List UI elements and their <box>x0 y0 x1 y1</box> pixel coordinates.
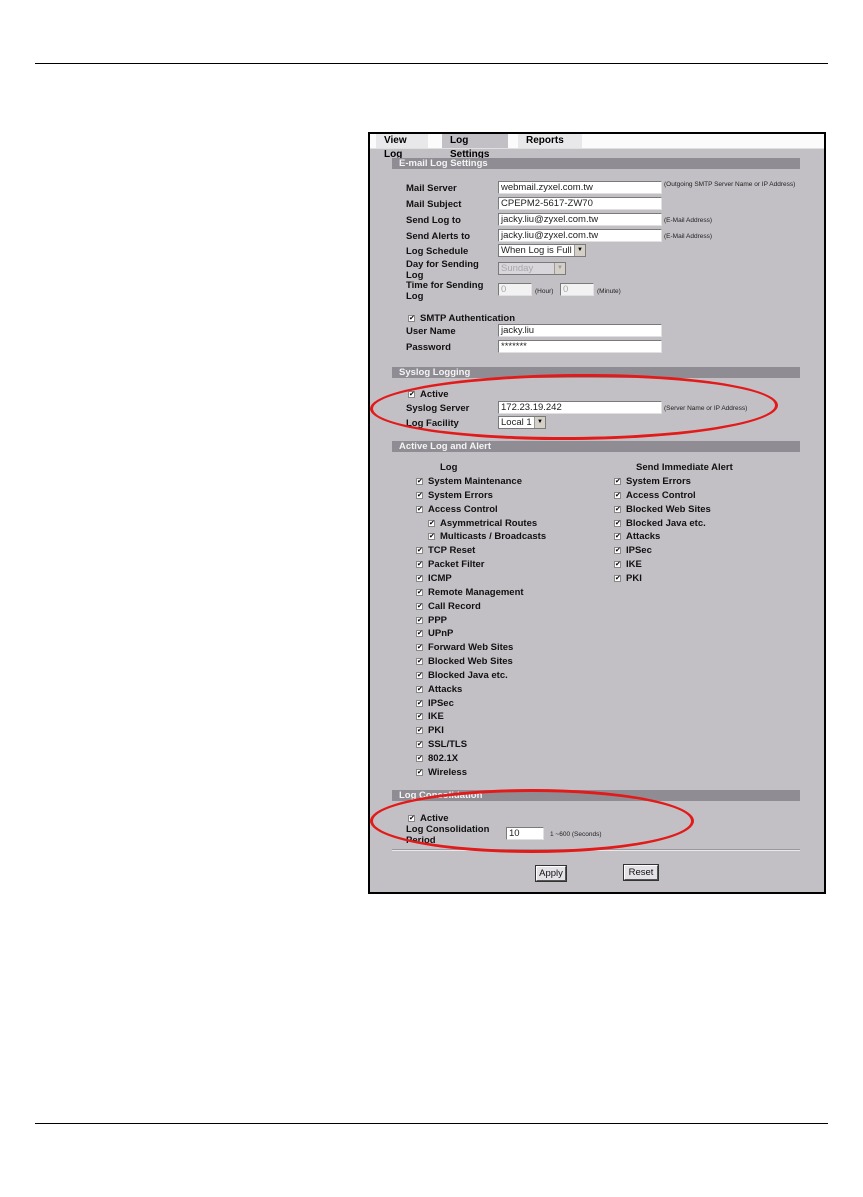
log-facility-label: Log Facility <box>406 418 459 429</box>
checkbox-icon: ✔ <box>416 672 423 679</box>
consolidation-active-label: Active <box>420 813 449 824</box>
hour-unit: (Hour) <box>535 288 553 296</box>
checkbox-icon: ✔ <box>408 315 415 322</box>
checkbox-icon: ✔ <box>614 506 621 513</box>
alert-item-label: Attacks <box>626 531 660 542</box>
syslog-active-label: Active <box>420 389 449 400</box>
chevron-down-icon: ▼ <box>574 245 585 256</box>
checkbox-icon: ✔ <box>408 391 415 398</box>
consolidation-period-label-line2: Period <box>406 835 489 846</box>
time-for-sending-label: Time for Sending Log <box>406 280 483 302</box>
checkbox-icon: ✔ <box>416 603 423 610</box>
password-label: Password <box>406 342 451 353</box>
log-item-label: Blocked Java etc. <box>428 670 508 681</box>
alert-item-label: Blocked Web Sites <box>626 504 711 515</box>
send-alerts-to-label: Send Alerts to <box>406 231 470 242</box>
tab-view-log[interactable]: View Log <box>376 134 428 148</box>
log-item-label: Call Record <box>428 601 481 612</box>
alert-item-label: Access Control <box>626 490 696 501</box>
minute-input[interactable]: 0 <box>560 283 594 296</box>
alert-item-label: System Errors <box>626 476 691 487</box>
checkbox-icon: ✔ <box>614 492 621 499</box>
day-for-sending-select[interactable]: Sunday ▼ <box>498 262 566 275</box>
log-item-label: Multicasts / Broadcasts <box>440 531 546 542</box>
checkbox-icon: ✔ <box>416 589 423 596</box>
time-for-sending-label-line1: Time for Sending <box>406 280 483 291</box>
log-item-label: UPnP <box>428 628 453 639</box>
log-item-label: 802.1X <box>428 753 458 764</box>
checkbox-icon: ✔ <box>428 533 435 540</box>
day-for-sending-label-line1: Day for Sending <box>406 259 479 270</box>
checkbox-icon: ✔ <box>416 547 423 554</box>
active-log-section-header: Active Log and Alert <box>392 441 800 452</box>
day-for-sending-label: Day for Sending Log <box>406 259 479 281</box>
mail-server-label: Mail Server <box>406 183 457 194</box>
log-item-label: IKE <box>428 711 444 722</box>
chevron-down-icon: ▼ <box>554 263 565 274</box>
send-log-to-note: (E-Mail Address) <box>664 217 712 225</box>
log-item-label: System Maintenance <box>428 476 522 487</box>
log-item-label: Forward Web Sites <box>428 642 513 653</box>
log-settings-window: View Log Log Settings Reports E-mail Log… <box>368 132 826 894</box>
checkbox-icon: ✔ <box>416 506 423 513</box>
user-name-label: User Name <box>406 326 456 337</box>
checkbox-icon: ✔ <box>416 492 423 499</box>
log-item-label: Access Control <box>428 504 498 515</box>
checkbox-icon: ✔ <box>614 561 621 568</box>
log-schedule-select[interactable]: When Log is Full ▼ <box>498 244 586 257</box>
send-alerts-to-input[interactable]: jacky.liu@zyxel.com.tw <box>498 229 662 242</box>
syslog-server-label: Syslog Server <box>406 403 469 414</box>
checkbox-icon: ✔ <box>416 769 423 776</box>
page-header-rule <box>35 63 828 64</box>
send-log-to-input[interactable]: jacky.liu@zyxel.com.tw <box>498 213 662 226</box>
syslog-server-note: (Server Name or IP Address) <box>664 405 747 413</box>
time-for-sending-label-line2: Log <box>406 291 483 302</box>
checkbox-icon: ✔ <box>408 815 415 822</box>
email-section-header: E-mail Log Settings <box>392 158 800 169</box>
mail-server-input[interactable]: webmail.zyxel.com.tw <box>498 181 662 194</box>
log-item-label: TCP Reset <box>428 545 475 556</box>
alert-item-label: PKI <box>626 573 642 584</box>
log-column-header: Log <box>440 462 457 473</box>
syslog-server-input[interactable]: 172.23.19.242 <box>498 401 662 414</box>
alert-item-label: Blocked Java etc. <box>626 518 706 529</box>
hour-input[interactable]: 0 <box>498 283 532 296</box>
checkbox-icon: ✔ <box>614 575 621 582</box>
chevron-down-icon: ▼ <box>534 417 545 428</box>
checkbox-icon: ✔ <box>614 478 621 485</box>
checkbox-icon: ✔ <box>614 547 621 554</box>
minute-unit: (Minute) <box>597 288 621 296</box>
checkbox-icon: ✔ <box>614 533 621 540</box>
log-item-label: ICMP <box>428 573 452 584</box>
checkbox-icon: ✔ <box>416 478 423 485</box>
mail-server-note: (Outgoing SMTP Server Name or IP Address… <box>664 181 796 189</box>
day-for-sending-value: Sunday <box>501 263 533 274</box>
log-item-label: Blocked Web Sites <box>428 656 513 667</box>
checkbox-icon: ✔ <box>416 658 423 665</box>
checkbox-icon: ✔ <box>416 700 423 707</box>
alert-column-header: Send Immediate Alert <box>636 462 733 473</box>
log-schedule-label: Log Schedule <box>406 246 468 257</box>
log-item-label: Packet Filter <box>428 559 485 570</box>
password-input[interactable]: ******* <box>498 340 662 353</box>
consolidation-period-label: Log Consolidation Period <box>406 824 489 846</box>
log-facility-value: Local 1 <box>501 417 532 428</box>
tab-bar: View Log Log Settings Reports <box>370 134 824 149</box>
checkbox-icon: ✔ <box>416 741 423 748</box>
syslog-section-header: Syslog Logging <box>392 367 800 378</box>
log-item-label: System Errors <box>428 490 493 501</box>
checkbox-icon: ✔ <box>416 755 423 762</box>
log-item-label: SSL/TLS <box>428 739 467 750</box>
mail-subject-label: Mail Subject <box>406 199 461 210</box>
reset-button[interactable]: Reset <box>624 865 658 880</box>
alert-item-label: IPSec <box>626 545 652 556</box>
consolidation-period-input[interactable]: 10 <box>506 827 544 840</box>
mail-subject-input[interactable]: CPEPM2-5617-ZW70 <box>498 197 662 210</box>
log-item-label: IPSec <box>428 698 454 709</box>
page-footer-rule <box>35 1123 828 1124</box>
alert-item-label: IKE <box>626 559 642 570</box>
send-alerts-to-note: (E-Mail Address) <box>664 233 712 241</box>
checkbox-icon: ✔ <box>416 727 423 734</box>
tab-log-settings[interactable]: Log Settings <box>442 134 508 148</box>
checkbox-icon: ✔ <box>416 644 423 651</box>
log-facility-select[interactable]: Local 1 ▼ <box>498 416 546 429</box>
log-item-label: PPP <box>428 615 447 626</box>
user-name-input[interactable]: jacky.liu <box>498 324 662 337</box>
log-item-label: Attacks <box>428 684 462 695</box>
checkbox-icon: ✔ <box>416 630 423 637</box>
log-item-label: Remote Management <box>428 587 524 598</box>
checkbox-icon: ✔ <box>614 520 621 527</box>
log-item-label: Asymmetrical Routes <box>440 518 537 529</box>
checkbox-icon: ✔ <box>416 713 423 720</box>
checkbox-icon: ✔ <box>416 686 423 693</box>
log-item-label: Wireless <box>428 767 467 778</box>
send-log-to-label: Send Log to <box>406 215 461 226</box>
checkbox-icon: ✔ <box>416 561 423 568</box>
log-item-label: PKI <box>428 725 444 736</box>
checkbox-icon: ✔ <box>428 520 435 527</box>
consolidation-period-label-line1: Log Consolidation <box>406 824 489 835</box>
apply-button[interactable]: Apply <box>536 866 566 881</box>
tab-reports[interactable]: Reports <box>518 134 582 148</box>
smtp-authentication-label: SMTP Authentication <box>420 313 515 324</box>
consolidation-section-header: Log Consolidation <box>392 790 800 801</box>
consolidation-period-note: 1 ~600 (Seconds) <box>550 831 602 839</box>
checkbox-icon: ✔ <box>416 617 423 624</box>
checkbox-icon: ✔ <box>416 575 423 582</box>
log-schedule-value: When Log is Full <box>501 245 572 256</box>
divider <box>392 849 800 851</box>
